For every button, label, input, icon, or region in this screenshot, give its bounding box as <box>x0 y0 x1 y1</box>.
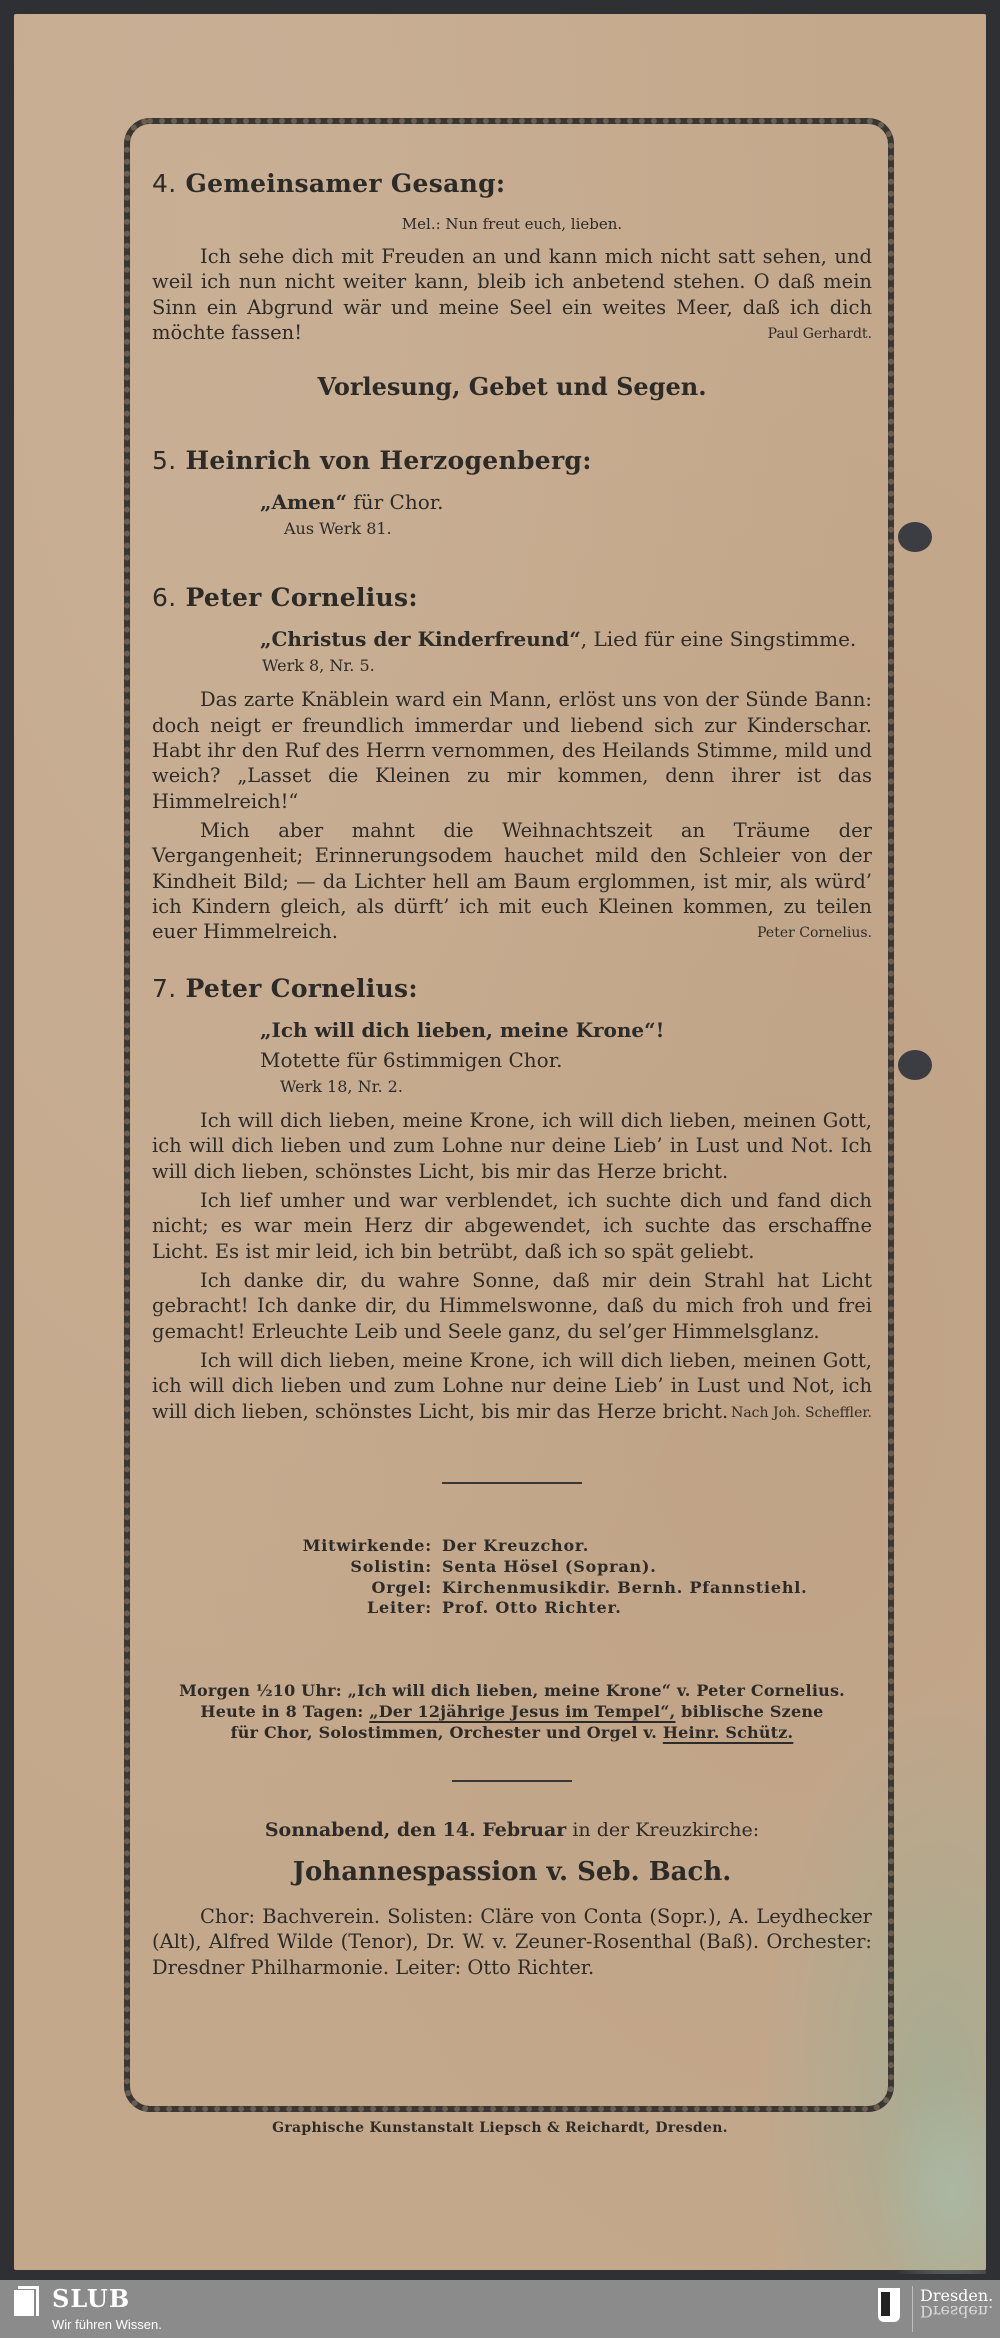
punch-hole-icon <box>898 1050 932 1080</box>
program-content: 4. Gemeinsamer Gesang: Mel.: Nun freut e… <box>152 160 872 1980</box>
ornament-divider <box>442 1478 582 1488</box>
author-signature: Nach Joh. Scheffler. <box>731 1404 872 1422</box>
author-signature: Paul Gerhardt. <box>768 325 872 343</box>
work-name: „Christus der Kinderfreund“ <box>260 627 581 651</box>
reading-heading: Vorlesung, Gebet und Segen. <box>152 371 872 402</box>
section-heading-4: 4. Gemeinsamer Gesang: <box>152 168 872 201</box>
credit-value: Prof. Otto Richter. <box>442 1598 872 1619</box>
slub-book-icon <box>14 2286 40 2316</box>
notice-line: Heute in 8 Tagen: „Der 12jährige Jesus i… <box>152 1702 872 1723</box>
event-location: in der Kreuzkirche: <box>566 1819 759 1841</box>
motet-text: Ich will dich lieben, meine Krone, ich w… <box>152 1108 872 1184</box>
section-title: Peter Cornelius: <box>185 974 417 1003</box>
printer-imprint: Graphische Kunstanstalt Liepsch & Reicha… <box>0 2120 1000 2136</box>
author-signature: Peter Cornelius. <box>757 924 872 942</box>
credit-row: Leiter: Prof. Otto Richter. <box>152 1598 872 1619</box>
melody-note: Mel.: Nun freut euch, lieben. <box>152 215 872 235</box>
notice-line: für Chor, Solostimmen, Orchester und Org… <box>152 1723 872 1744</box>
slub-footer-bar: SLUB Wir führen Wissen. Dresden. Dresden… <box>0 2280 1000 2338</box>
section-number: 7. <box>152 974 176 1003</box>
credit-value: Senta Hösel (Sopran). <box>442 1557 872 1578</box>
song-text: Das zarte Knäblein ward ein Mann, erlöst… <box>152 687 872 814</box>
credit-value: Der Kreuzchor. <box>442 1536 872 1557</box>
credit-label: Orgel: <box>152 1578 442 1599</box>
slub-tagline: Wir führen Wissen. <box>52 2317 162 2332</box>
notice-underlined-composer: Heinr. Schütz. <box>663 1723 794 1742</box>
work-title: „Christus der Kinderfreund“, Lied für ei… <box>260 626 872 652</box>
motet-text: Ich will dich lieben, meine Krone, ich w… <box>152 1348 872 1424</box>
credit-row: Solistin: Senta Hösel (Sopran). <box>152 1557 872 1578</box>
opus-number: Werk 8, Nr. 5. <box>262 656 872 677</box>
work-name: „Ich will dich lieben, meine Krone“! <box>260 1018 664 1042</box>
work-title: „Amen“ für Chor. <box>260 489 872 515</box>
event-date-bold: Sonnabend, den 14. Februar <box>265 1819 566 1841</box>
paper-stain <box>876 2074 986 2274</box>
credit-row: Orgel: Kirchenmusikdir. Bernh. Pfannstie… <box>152 1578 872 1599</box>
work-title: „Ich will dich lieben, meine Krone“! <box>260 1017 872 1043</box>
work-suffix: , Lied für eine Singstimme. <box>581 627 857 651</box>
opus-number: Werk 18, Nr. 2. <box>280 1077 872 1098</box>
dresden-crest-icon <box>878 2288 900 2322</box>
dresden-logo-reflection: Dresden. <box>920 2302 993 2321</box>
performers-list: Mitwirkende: Der Kreuzchor. Solistin: Se… <box>152 1536 872 1619</box>
credit-label: Solistin: <box>152 1557 442 1578</box>
credit-row: Mitwirkende: Der Kreuzchor. <box>152 1536 872 1557</box>
section-number: 4. <box>152 169 176 198</box>
section-heading-5: 5. Heinrich von Herzogenberg: <box>152 445 872 478</box>
paragraph-text: Ich sehe dich mit Freuden an und kann mi… <box>152 245 872 344</box>
section-heading-7: 7. Peter Cornelius: <box>152 973 872 1006</box>
notice-text: für Chor, Solostimmen, Orchester und Org… <box>231 1723 663 1742</box>
notice-text: Heute in 8 Tagen: <box>200 1702 369 1721</box>
notice-underlined-title: „Der 12jährige Jesus im Tempel“, <box>369 1702 675 1721</box>
motet-text: Ich lief umher und war verblendet, ich s… <box>152 1188 872 1264</box>
work-name: „Amen“ <box>260 490 347 514</box>
song-text: Mich aber mahnt die Weihnachtszeit an Tr… <box>152 818 872 945</box>
notice-line: Morgen ½10 Uhr: „Ich will dich lieben, m… <box>152 1681 872 1702</box>
event-date: Sonnabend, den 14. Februar in der Kreuzk… <box>152 1818 872 1843</box>
section-number: 5. <box>152 446 176 475</box>
opus-number: Aus Werk 81. <box>284 519 872 540</box>
section-title: Heinrich von Herzogenberg: <box>185 446 591 475</box>
section-title: Peter Cornelius: <box>185 583 417 612</box>
event-title: Johannespassion v. Seb. Bach. <box>152 1856 872 1890</box>
hymn-text: Ich sehe dich mit Freuden an und kann mi… <box>152 244 872 345</box>
work-subtitle: Motette für 6stimmigen Chor. <box>260 1047 872 1073</box>
slub-brand[interactable]: SLUB <box>52 2284 130 2313</box>
punch-hole-icon <box>898 522 932 552</box>
notice-text: biblische Szene <box>675 1702 823 1721</box>
motet-text: Ich danke dir, du wahre Sonne, daß mir d… <box>152 1268 872 1344</box>
credit-label: Leiter: <box>152 1598 442 1619</box>
horizontal-rule <box>452 1780 572 1782</box>
section-title: Gemeinsamer Gesang: <box>185 169 505 198</box>
event-details: Chor: Bachverein. Solisten: Cläre von Co… <box>152 1904 872 1980</box>
footer-separator <box>912 2286 913 2332</box>
credit-value: Kirchenmusikdir. Bernh. Pfannstiehl. <box>442 1578 872 1599</box>
upcoming-notice: Morgen ½10 Uhr: „Ich will dich lieben, m… <box>152 1681 872 1743</box>
credit-label: Mitwirkende: <box>152 1536 442 1557</box>
section-number: 6. <box>152 583 176 612</box>
work-suffix: für Chor. <box>347 490 444 514</box>
section-heading-6: 6. Peter Cornelius: <box>152 582 872 615</box>
